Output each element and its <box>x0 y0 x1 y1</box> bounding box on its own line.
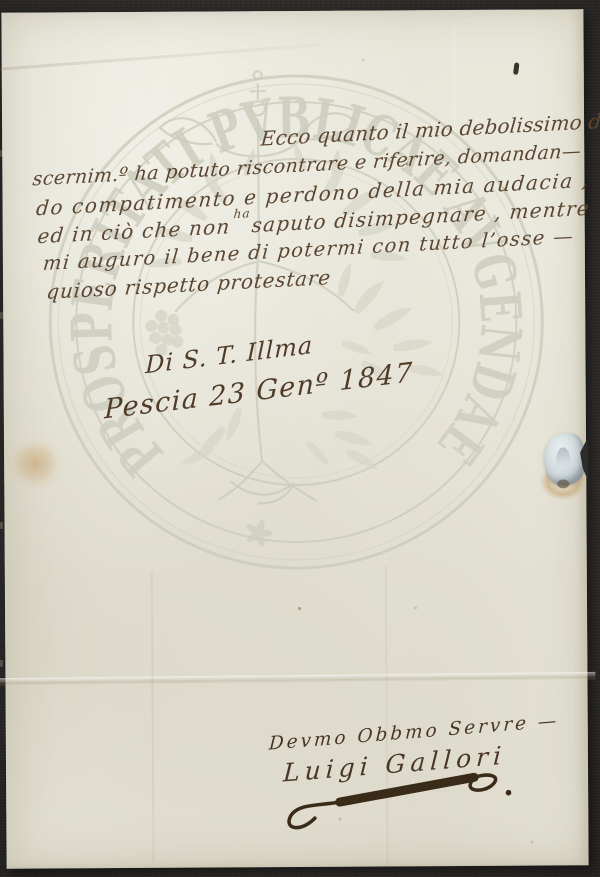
signature-block: Devmo Obbmo Servre — Luigi Gallori <box>260 705 589 860</box>
document-photo: PROSPERITATI PVBLICAE AVGENDAE <box>0 0 600 877</box>
foxing-stain <box>6 436 64 490</box>
line4-insertion: ha <box>233 206 252 221</box>
letter-page: PROSPERITATI PVBLICAE AVGENDAE <box>1 9 588 869</box>
speck <box>298 607 301 610</box>
backdrop-fleck <box>0 522 3 529</box>
wax-blob-shadow <box>556 447 570 473</box>
letter-body: Ecco quanto il mio debolissimo di— scern… <box>26 100 592 328</box>
backdrop-fleck <box>0 660 3 667</box>
watermark-rosette <box>245 519 273 548</box>
speck <box>530 841 533 844</box>
speck <box>362 59 365 62</box>
speck <box>414 606 417 609</box>
wax-blob-notch <box>557 479 569 488</box>
